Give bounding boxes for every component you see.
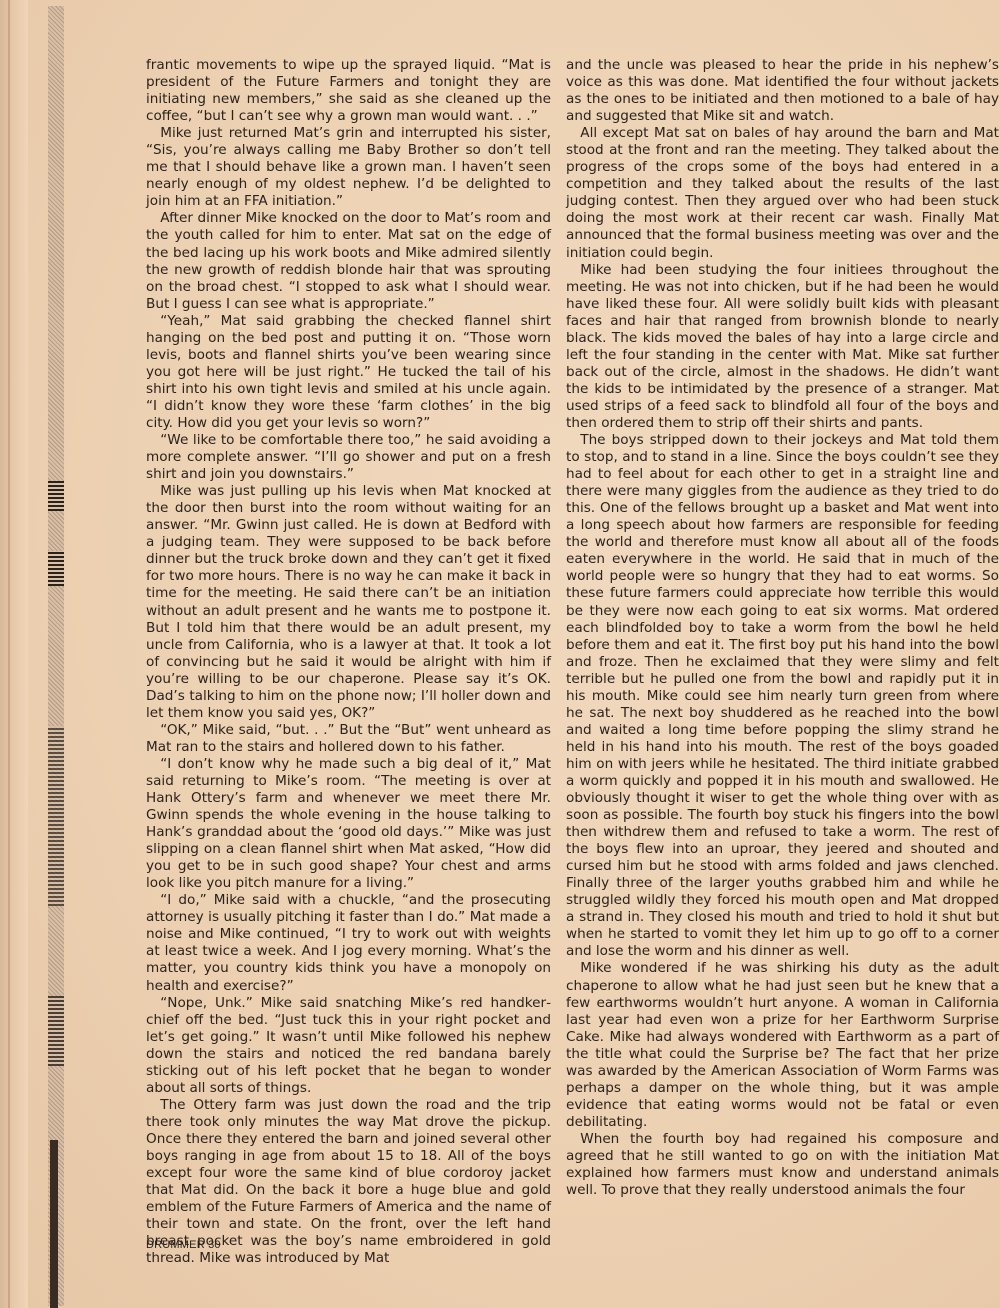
paragraph: All except Mat sat on bales of hay aroun…: [566, 125, 999, 261]
paragraph: Mike was just pulling up his levis when …: [146, 483, 551, 722]
spine-barcode-mark: [48, 551, 64, 586]
paragraph: Mike just returned Mat’s grin and interr…: [146, 125, 551, 210]
paragraph: “Nope, Unk.” Mike said snatching Mike’s …: [146, 995, 551, 1097]
spine-print-mark: [48, 726, 64, 906]
page-edge: [0, 0, 28, 1308]
page-edge-line: [8, 0, 10, 1308]
paragraph: and the uncle was pleased to hear the pr…: [566, 57, 999, 125]
paragraph: The boys stripped down to their jockeys …: [566, 432, 999, 960]
paragraph: Mike had been studying the four initiees…: [566, 262, 999, 432]
spine-print-mark: [48, 996, 64, 1066]
paragraph: “I do,” Mike said with a chuckle, “and t…: [146, 892, 551, 994]
article-column-right: and the uncle was pleased to hear the pr…: [566, 57, 999, 1199]
paragraph: “OK,” Mike said, “but. . .” But the “But…: [146, 722, 551, 756]
binding-spine-strip: [48, 6, 64, 1306]
spine-shadow: [50, 1140, 58, 1308]
paragraph: When the fourth boy had regained his com…: [566, 1131, 999, 1199]
article-column-left: frantic movements to wipe up the sprayed…: [146, 57, 551, 1267]
paragraph: Mike wondered if he was shirking his dut…: [566, 960, 999, 1130]
page-folio: DRUMMER 30: [146, 1239, 221, 1251]
paragraph: After dinner Mike knocked on the door to…: [146, 210, 551, 312]
paragraph: frantic movements to wipe up the sprayed…: [146, 57, 551, 125]
paragraph: “I don’t know why he made such a big dea…: [146, 756, 551, 892]
paragraph: “Yeah,” Mat said grabbing the checked fl…: [146, 313, 551, 432]
paragraph: “We like to be comfortable there too,” h…: [146, 432, 551, 483]
spine-barcode-mark: [48, 481, 64, 511]
